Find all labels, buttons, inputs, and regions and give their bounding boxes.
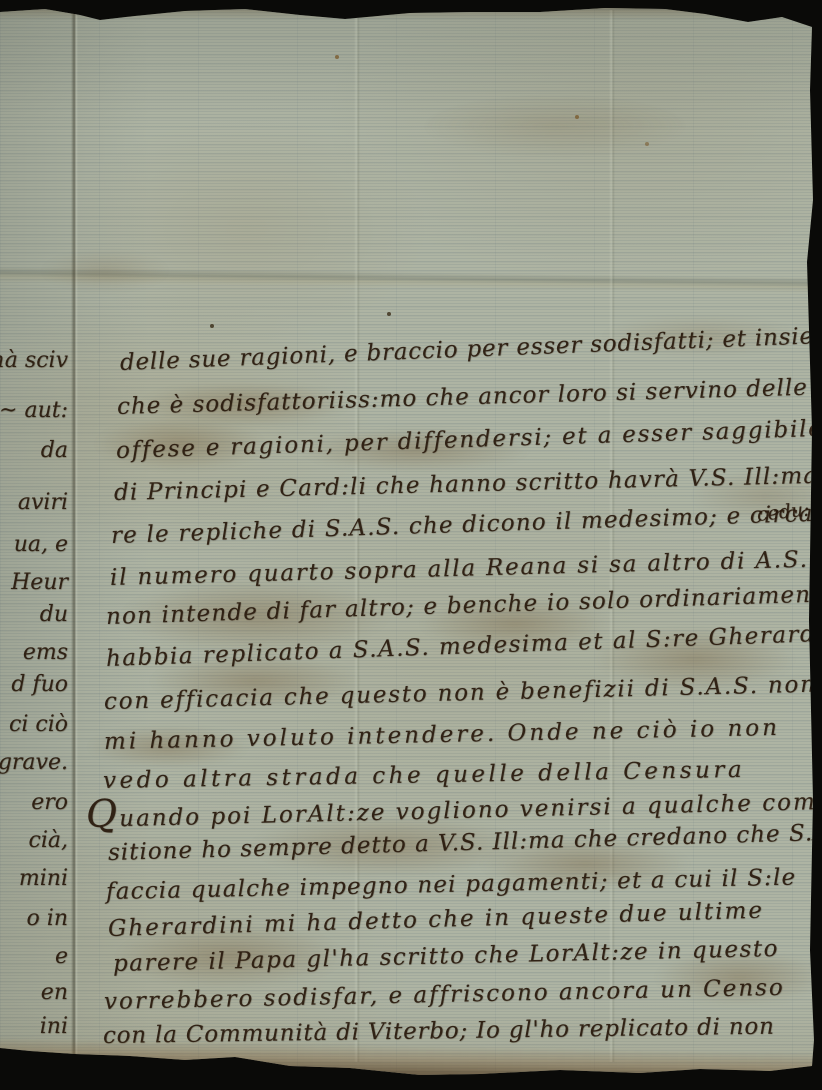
margin-fragment: ~ aut:: [0, 398, 68, 423]
margin-fragment: e: [55, 944, 68, 969]
margin-fragment: grave.: [0, 750, 68, 775]
manuscript-line: delle sue ragioni, e braccio per esser s…: [119, 320, 822, 378]
manuscript-line: re le repliche di S.A.S. che dicono il m…: [111, 499, 815, 551]
ink-showthrough: [420, 95, 690, 157]
ink-speck: [335, 55, 339, 59]
right-edge-shading: [812, 18, 822, 1063]
margin-fragment: mini: [19, 866, 68, 891]
margin-fragment: du: [40, 602, 68, 627]
margin-fragment: d fuo: [11, 672, 68, 697]
margin-fragment: ci ciò: [9, 712, 68, 737]
margin-fragment: ero: [31, 790, 68, 815]
margin-fragment: hà sciv: [0, 348, 68, 373]
margin-fragment: da: [41, 438, 68, 463]
ink-speck: [575, 115, 579, 119]
top-edge-shading: [0, 4, 822, 20]
margin-fragment: Heur: [11, 570, 68, 595]
margin-fragment: ua, e: [14, 532, 68, 557]
margin-fragment: o in: [27, 906, 68, 931]
ink-speck: [387, 312, 391, 316]
margin-fragment: ems: [23, 640, 68, 665]
left-page-edge: hà sciv ~ aut: da aviri ua, e Heur du em…: [0, 0, 73, 1090]
margin-fragment: aviri: [18, 490, 68, 515]
ink-speck: [645, 142, 649, 146]
manuscript-page: hà sciv ~ aut: da aviri ua, e Heur du em…: [0, 0, 822, 1090]
manuscript-line: mi hanno voluto intendere. Onde ne ciò i…: [104, 713, 781, 757]
manuscript-line: che è sodisfattoriiss:mo che ancor loro …: [117, 371, 822, 422]
ink-speck: [210, 324, 214, 328]
margin-fragment: en: [41, 980, 68, 1005]
margin-fragment: cià,: [29, 828, 68, 853]
manuscript-photo: hà sciv ~ aut: da aviri ua, e Heur du em…: [0, 0, 822, 1090]
